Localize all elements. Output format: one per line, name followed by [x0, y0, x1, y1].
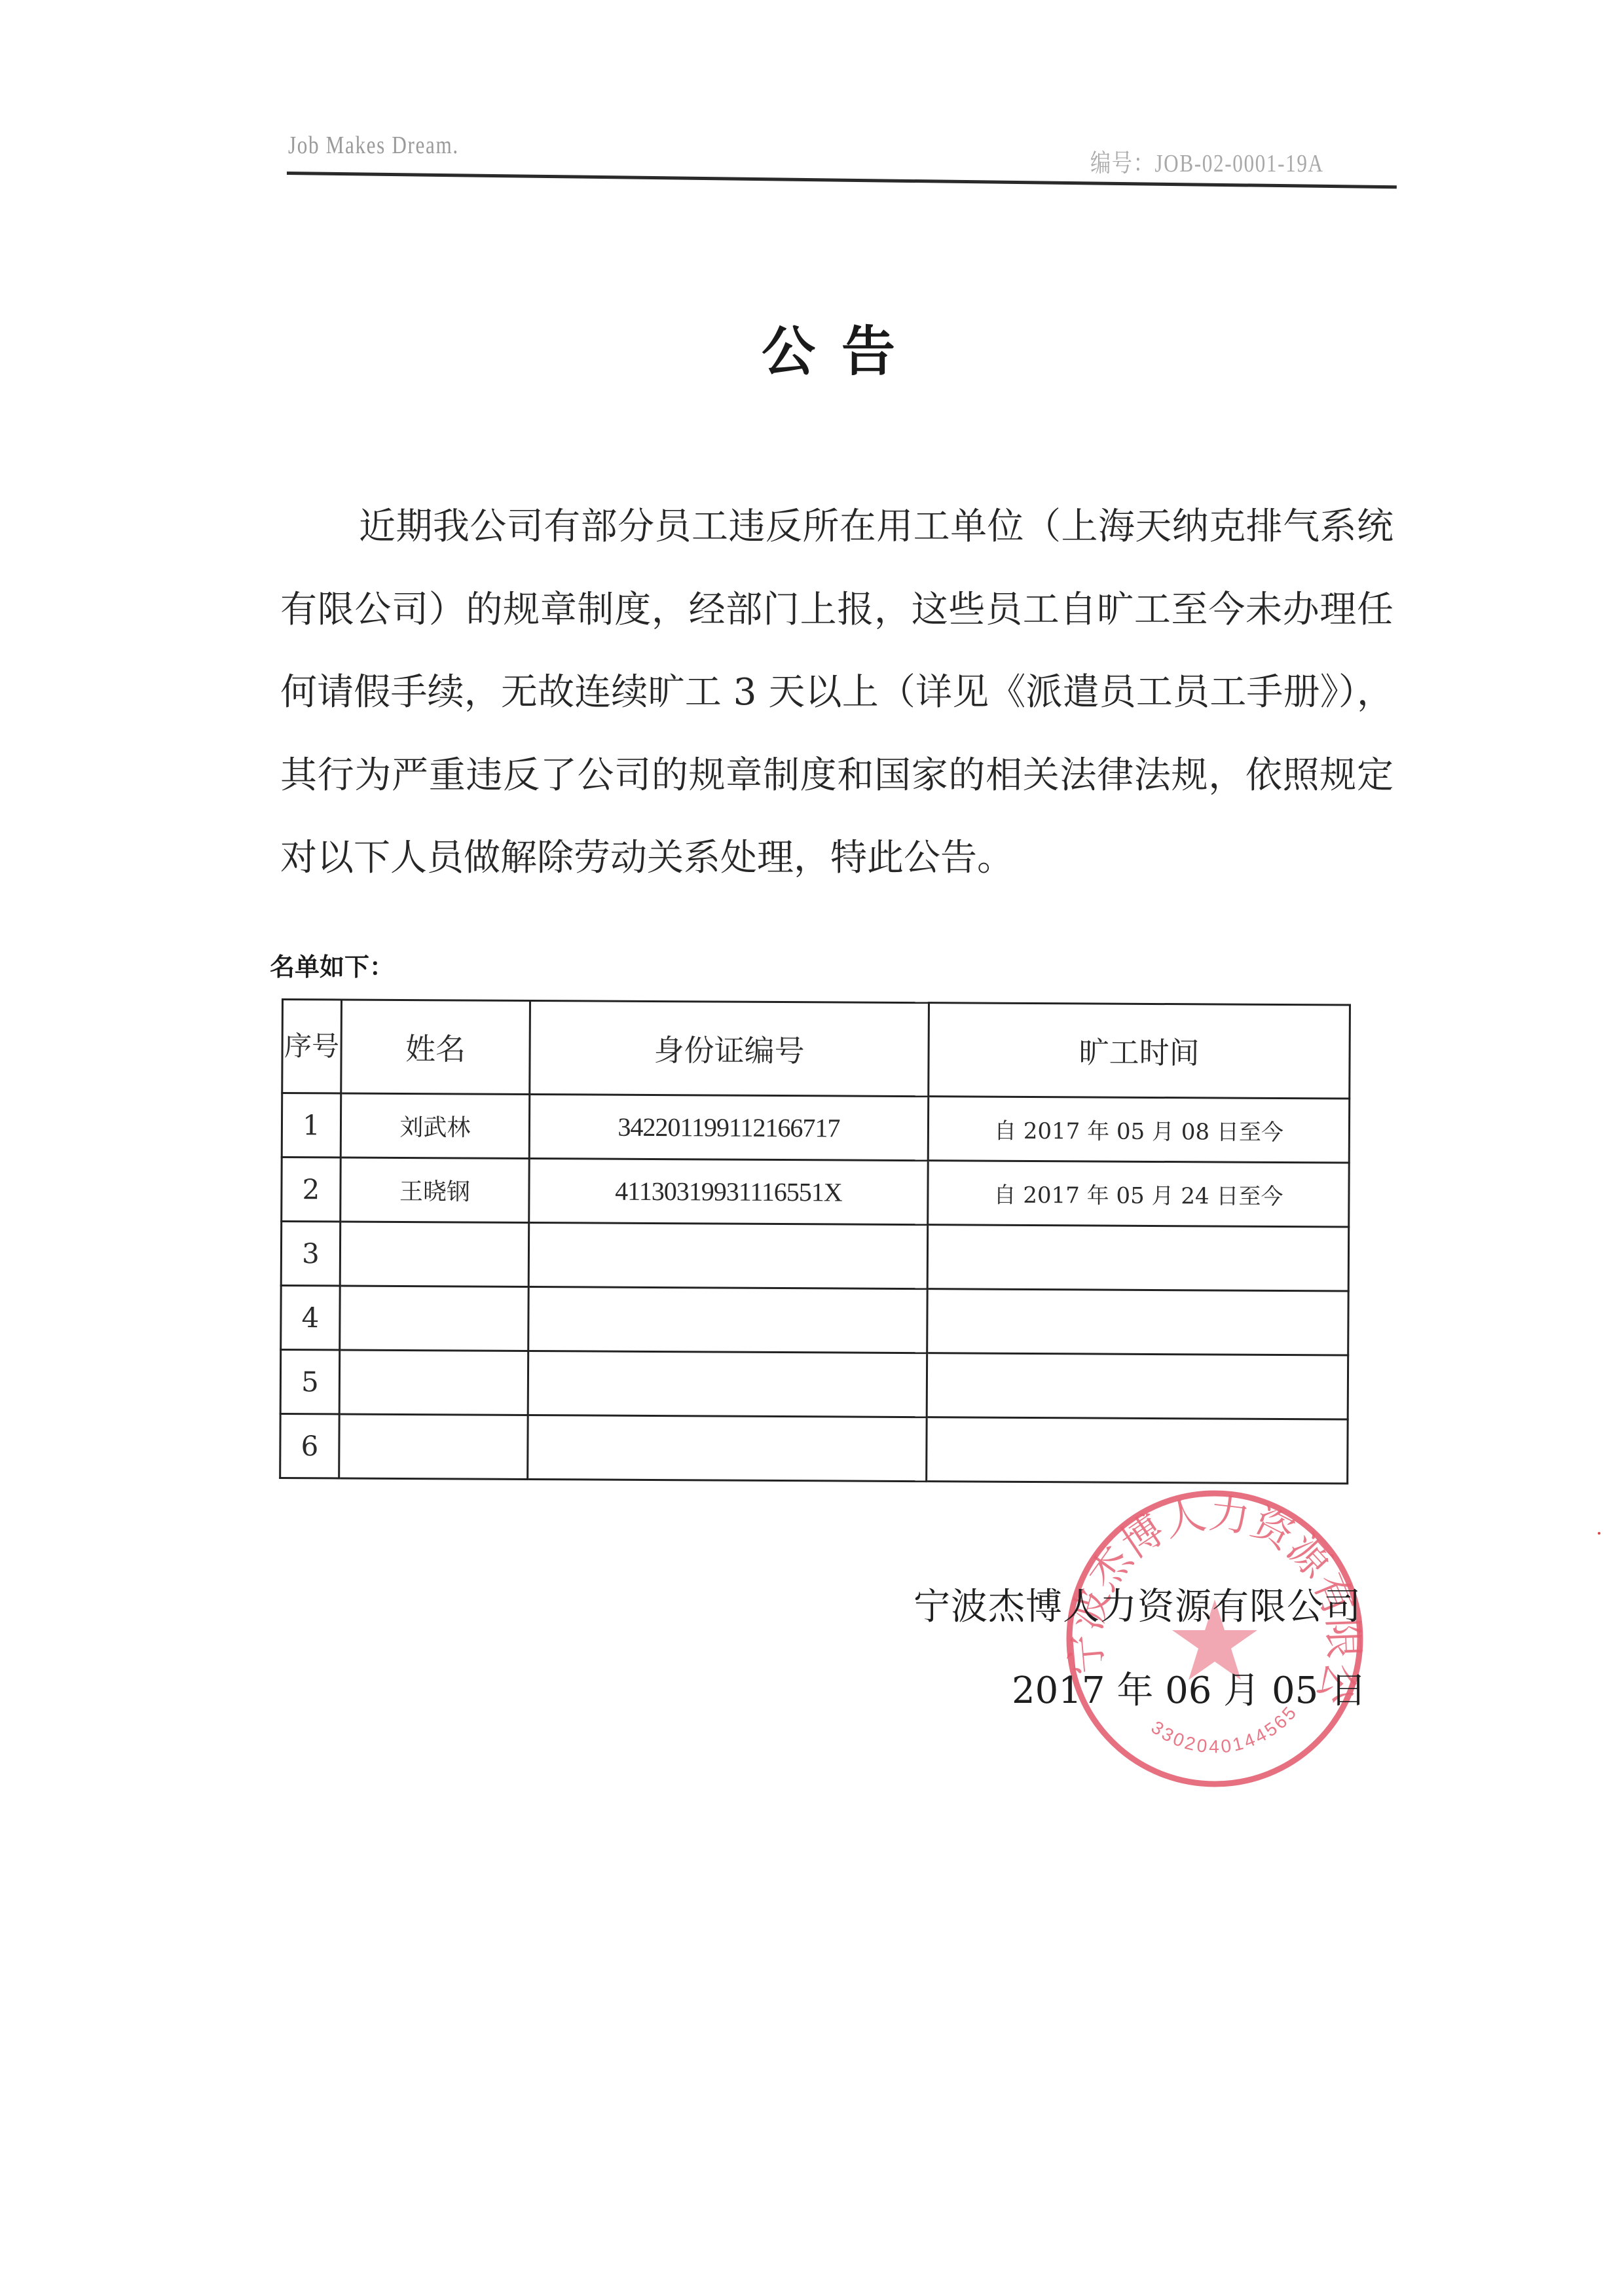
cell-name: [339, 1414, 528, 1480]
cell-id-number: 342201199112166717: [529, 1094, 929, 1160]
cell-seq: 1: [282, 1093, 341, 1157]
scan-speck: [1598, 1532, 1600, 1535]
cell-id-number: [528, 1415, 927, 1481]
cell-id-number: [528, 1351, 927, 1417]
cell-name: [340, 1222, 529, 1287]
table-header-row: 序号 姓名 身份证编号 旷工时间: [282, 1000, 1350, 1099]
roster-table-container: 序号 姓名 身份证编号 旷工时间 1 刘武林 34220119911216671…: [279, 998, 1349, 1485]
table-row: 3: [281, 1222, 1348, 1292]
cell-id-number: 41130319931116551X: [529, 1158, 929, 1224]
cell-name: 刘武林: [341, 1093, 530, 1159]
cell-seq: 4: [281, 1286, 341, 1350]
table-row: 1 刘武林 342201199112166717 自 2017 年 05 月 0…: [282, 1093, 1349, 1163]
cell-name: [340, 1286, 529, 1351]
header-name: 姓名: [341, 1000, 530, 1095]
roster-table: 序号 姓名 身份证编号 旷工时间 1 刘武林 34220119911216671…: [279, 998, 1351, 1485]
cell-seq: 6: [280, 1413, 340, 1478]
document-number-value: JOB-02-0001-19A: [1154, 150, 1323, 177]
header-seq: 序号: [282, 1000, 342, 1093]
cell-id-number: [528, 1286, 928, 1353]
signature-date: 2017 年 06 月 05 日: [1012, 1662, 1367, 1714]
page-title: 公告: [0, 309, 1624, 386]
cell-absence-period: [927, 1289, 1349, 1355]
cell-absence-period: [927, 1353, 1348, 1419]
cell-id-number: [528, 1222, 928, 1288]
company-seal-icon: 宁波杰博人力资源有限公司 3302040144565: [1061, 1485, 1369, 1793]
header-id-number: 身份证编号: [530, 1000, 929, 1096]
header-slogan: Job Makes Dream.: [288, 131, 459, 160]
cell-absence-period: [927, 1225, 1349, 1291]
document-number-label: 编号：: [1090, 150, 1154, 177]
table-row: 4: [281, 1286, 1348, 1356]
cell-name: 王晓钢: [341, 1157, 530, 1223]
signature-company: 宁波杰博人力资源有限公司: [913, 1578, 1361, 1630]
cell-absence-period: 自 2017 年 05 月 08 日至今: [928, 1097, 1350, 1163]
table-row: 6: [280, 1413, 1348, 1484]
table-row: 5: [280, 1350, 1348, 1420]
cell-seq: 5: [280, 1350, 340, 1414]
notice-body: 近期我公司有部分员工违反所在用工单位（上海天纳克排气系统有限公司）的规章制度，经…: [280, 486, 1393, 900]
list-label: 名单如下：: [270, 947, 394, 983]
document-number: 编号：JOB-02-0001-19A: [1090, 143, 1324, 179]
cell-seq: 3: [281, 1222, 341, 1286]
cell-absence-period: 自 2017 年 05 月 24 日至今: [928, 1161, 1350, 1227]
cell-name: [339, 1350, 528, 1415]
cell-seq: 2: [282, 1157, 341, 1222]
header-absence-period: 旷工时间: [929, 1003, 1350, 1099]
table-row: 2 王晓钢 41130319931116551X 自 2017 年 05 月 2…: [282, 1157, 1349, 1228]
cell-absence-period: [927, 1417, 1348, 1484]
